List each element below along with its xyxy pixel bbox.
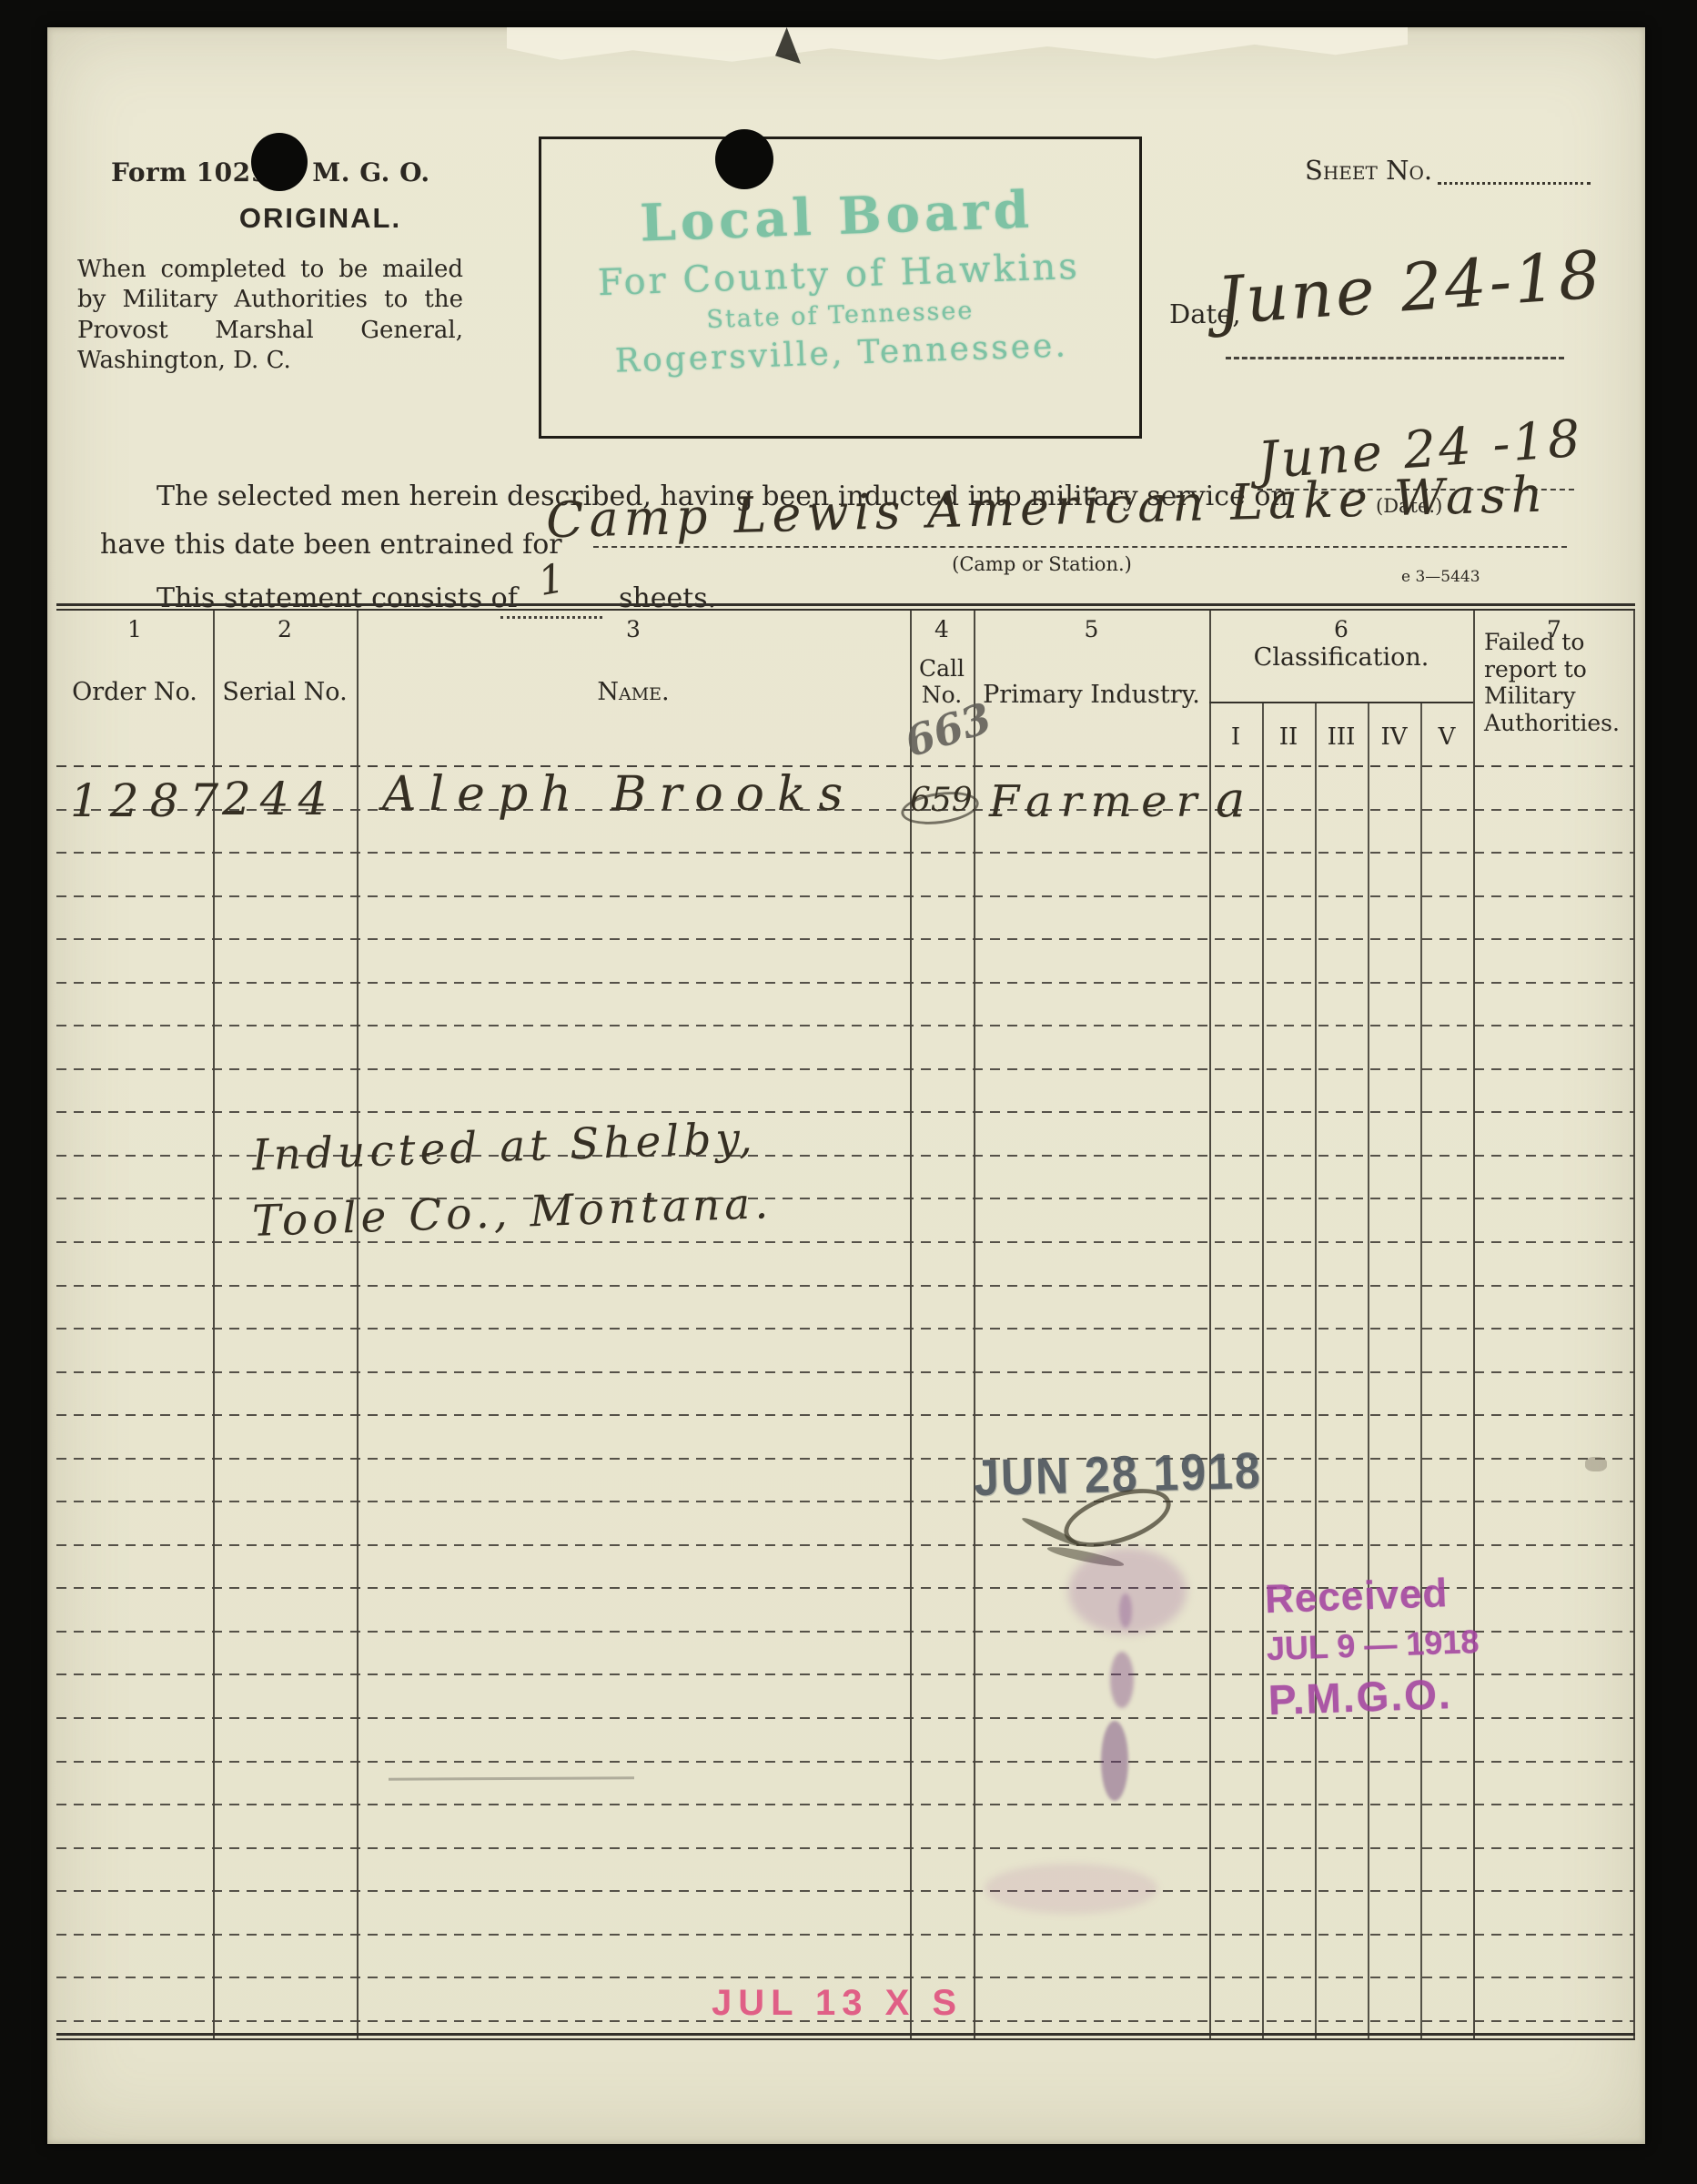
- received-pmgo-stamp: Received JUL 9 — 1918 P.M.G.O.: [1264, 1570, 1488, 1724]
- classification-sub-I: I: [1209, 723, 1262, 751]
- column-header-serial-no: Serial No.: [213, 678, 357, 706]
- received-stamp-line3: P.M.G.O.: [1268, 1668, 1488, 1724]
- entry-serial-no: 244: [222, 773, 336, 825]
- table-top-rule: [56, 603, 1635, 606]
- table-blank-row: [56, 1719, 1635, 1763]
- column-number-1: 1: [56, 616, 213, 642]
- table-blank-row: [56, 1026, 1635, 1070]
- copy-type-label: ORIGINAL.: [229, 202, 411, 235]
- column-number-4: 4: [910, 616, 974, 642]
- camp-blank-line: [593, 544, 1567, 548]
- faint-stamp-residue: [985, 1864, 1157, 1914]
- classification-sub-II: II: [1262, 723, 1315, 751]
- classification-sub-IV: IV: [1368, 723, 1420, 751]
- mailing-instructions: When completed to be mailed by Military …: [77, 255, 463, 376]
- classification-sub-V: V: [1420, 723, 1473, 751]
- form-print-code: e 3—5443: [1401, 568, 1480, 586]
- ink-drip: [1101, 1721, 1128, 1801]
- table-blank-row: [56, 1243, 1635, 1287]
- column-header-primary-industry: Primary Industry.: [974, 681, 1209, 709]
- entry-classification-I: a: [1216, 771, 1245, 828]
- column-header-name: Name.: [357, 678, 910, 706]
- entrainment-table: 1 2 3 4 5 6 7 Order No. Serial No. Name.…: [56, 603, 1635, 2043]
- table-blank-row: [56, 1070, 1635, 1114]
- classification-sub-III: III: [1315, 723, 1368, 751]
- table-blank-row: [56, 1373, 1635, 1417]
- ink-speckle: [1068, 1548, 1187, 1634]
- column-header-order-no: Order No.: [56, 678, 213, 706]
- table-blank-row: [56, 940, 1635, 984]
- scanned-document-page: Form 1029 P. M. G. O. ORIGINAL. When com…: [0, 0, 1697, 2184]
- ink-drip: [1110, 1652, 1134, 1708]
- table-blank-row: [56, 1330, 1635, 1373]
- table-rows: [56, 767, 1635, 2022]
- column-number-6: 6: [1209, 616, 1473, 642]
- punch-hole-center: [715, 129, 773, 189]
- table-blank-row: [56, 1416, 1635, 1460]
- table-blank-row: [56, 1936, 1635, 1979]
- column-header-classification: Classification.: [1209, 643, 1473, 672]
- local-board-ink-stamp: Local Board For County of Hawkins State …: [550, 177, 1129, 382]
- camp-handwritten: Camp Lewis American Lake Wash: [545, 466, 1549, 550]
- table-bottom-rule-2: [56, 2038, 1635, 2040]
- column-header-failed-to-report: Failed to report to Military Authorities…: [1479, 629, 1637, 736]
- column-number-3: 3: [357, 616, 910, 642]
- torn-top-edge: [507, 27, 1408, 66]
- pencil-smudge: [1585, 1457, 1607, 1471]
- camp-caption: (Camp or Station.): [946, 553, 1137, 575]
- table-blank-row: [56, 1849, 1635, 1893]
- form-paper: Form 1029 P. M. G. O. ORIGINAL. When com…: [47, 27, 1645, 2144]
- table-blank-row: [56, 1287, 1635, 1330]
- column-number-5: 5: [974, 616, 1209, 642]
- date-blank-line: [1226, 355, 1564, 359]
- classification-underline: [1209, 702, 1473, 703]
- table-blank-row: [56, 1502, 1635, 1546]
- entry-order-no: 1287: [70, 774, 229, 827]
- sheets-count-handwritten: 1: [535, 555, 568, 605]
- punch-hole-left: [251, 133, 308, 191]
- column-number-2: 2: [213, 616, 357, 642]
- table-top-rule-2: [56, 609, 1635, 611]
- sheet-no-blank-line: [1438, 180, 1591, 185]
- received-stamp-line2: JUL 9 — 1918: [1266, 1623, 1485, 1668]
- table-blank-row: [56, 1460, 1635, 1503]
- statement-line2: have this date been entrained for: [100, 529, 562, 561]
- table-blank-row: [56, 854, 1635, 897]
- sheet-no-label: Sheet No.: [1305, 155, 1432, 186]
- jul-13-stamp: JUL 13 X S: [712, 1983, 963, 2024]
- received-stamp-line1: Received: [1264, 1570, 1484, 1623]
- table-blank-row: [56, 1805, 1635, 1849]
- date-handwritten: June 24-18: [1215, 236, 1605, 339]
- table-blank-row: [56, 1763, 1635, 1806]
- table-blank-row: [56, 984, 1635, 1027]
- entry-primary-industry: Farmer: [989, 776, 1206, 827]
- table-blank-row: [56, 897, 1635, 941]
- table-bottom-rule: [56, 2033, 1635, 2036]
- entry-name: Aleph Brooks: [382, 767, 855, 822]
- table-blank-row: [56, 1892, 1635, 1936]
